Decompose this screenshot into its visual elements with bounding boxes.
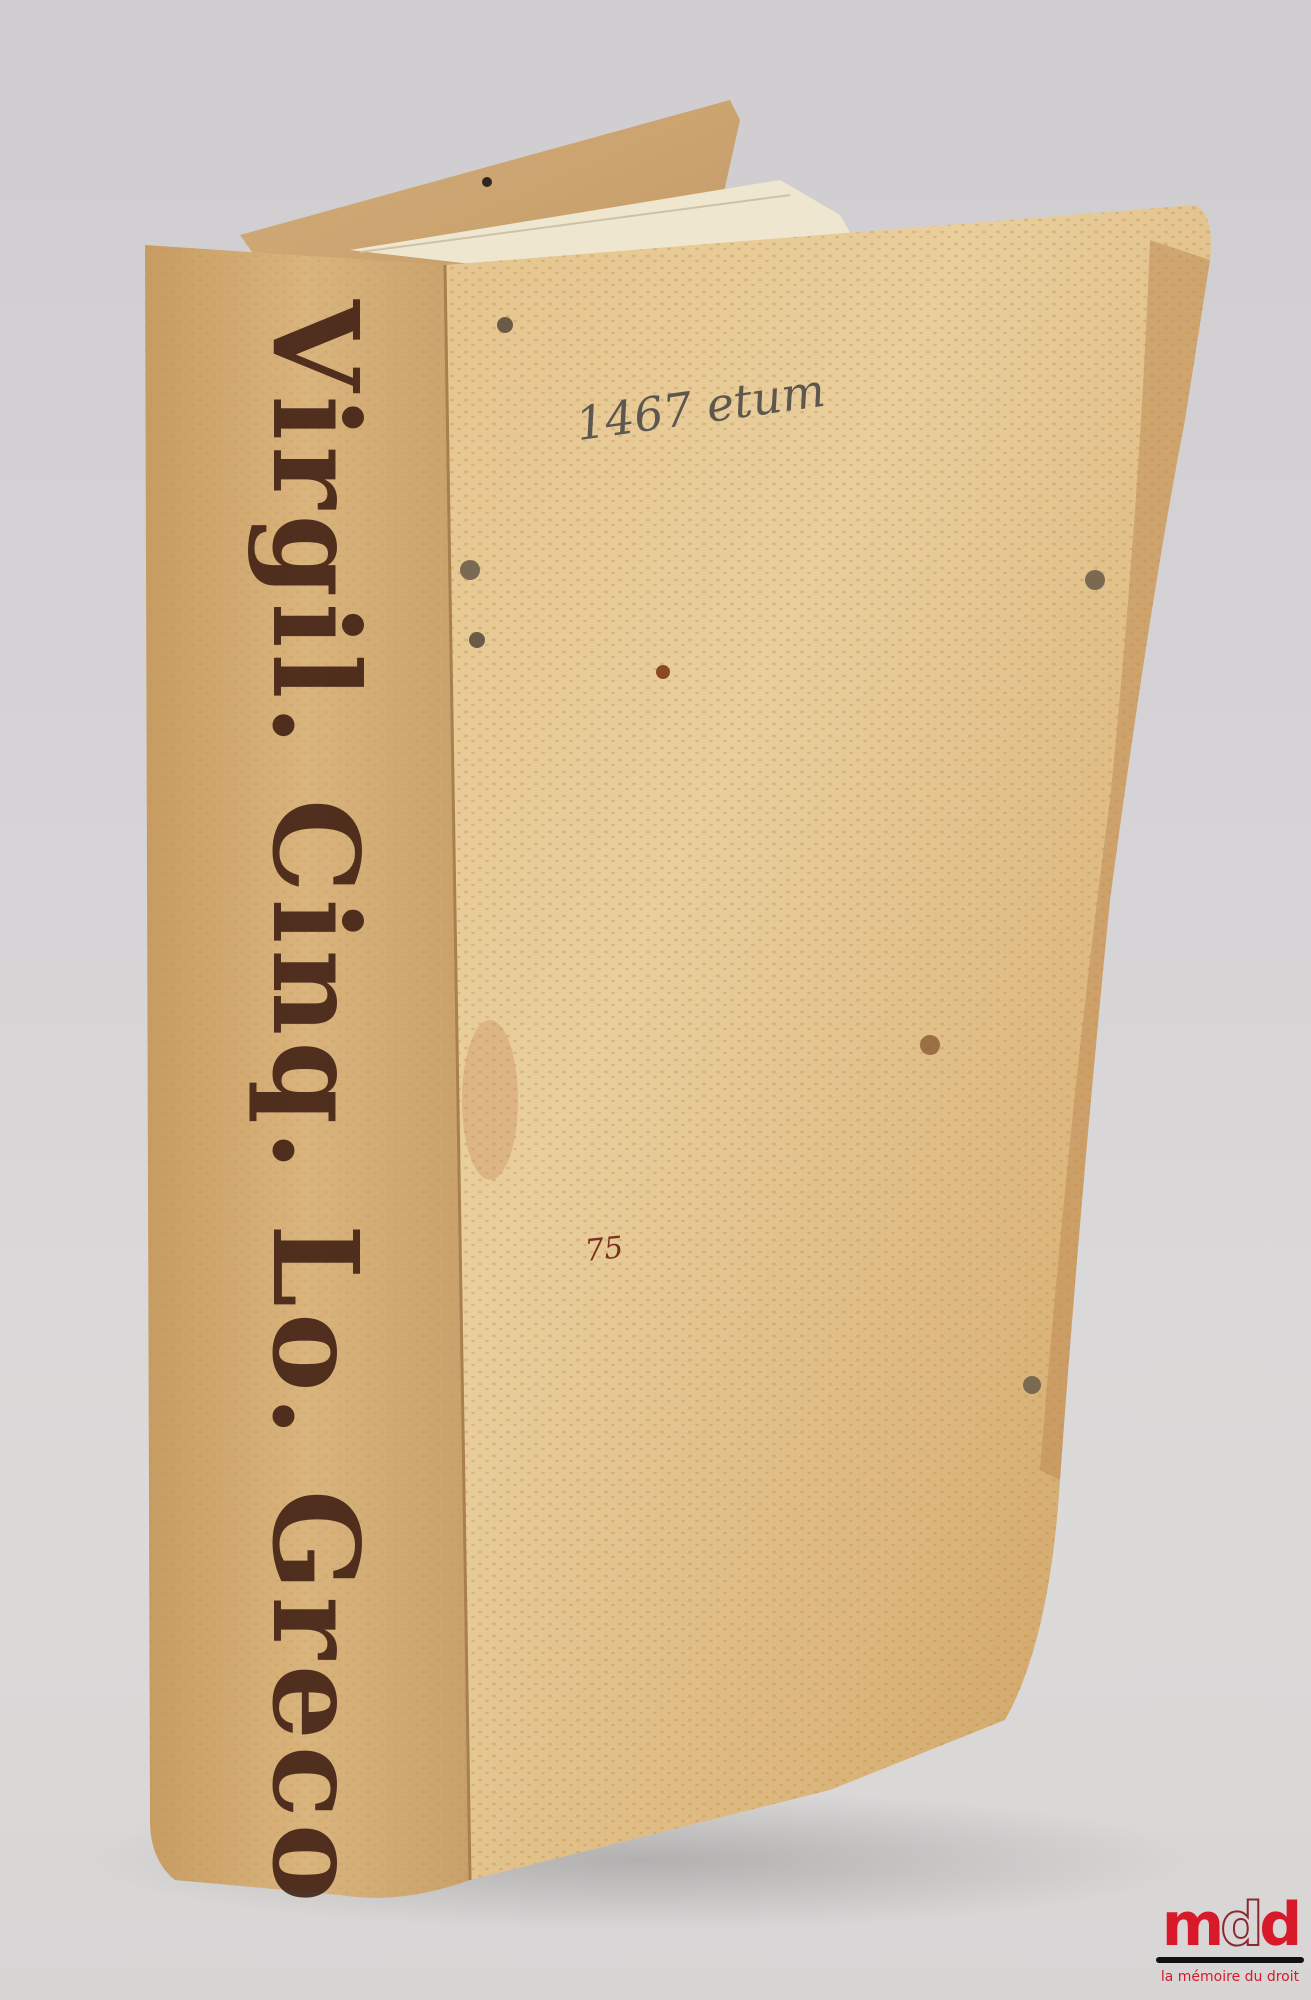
- logo-tagline: la mémoire du droit: [1150, 1969, 1310, 1985]
- logo-letter-d: d: [1259, 1890, 1298, 1960]
- photo-scene: Virgil. Cinq. Lo. Greco 1467 etum 75 mdd…: [0, 0, 1311, 2000]
- vellum-book: [0, 0, 1311, 2000]
- logo-letter-m: m: [1162, 1890, 1221, 1960]
- spine-title: Virgil. Cinq. Lo. Greco: [225, 300, 405, 1780]
- logo-mark: mdd: [1150, 1895, 1310, 1955]
- cover-ink-note: 75: [583, 1230, 625, 1269]
- logo-letter-d-outline: d: [1220, 1890, 1259, 1960]
- mdd-logo: mdd la mémoire du droit: [1150, 1895, 1310, 1995]
